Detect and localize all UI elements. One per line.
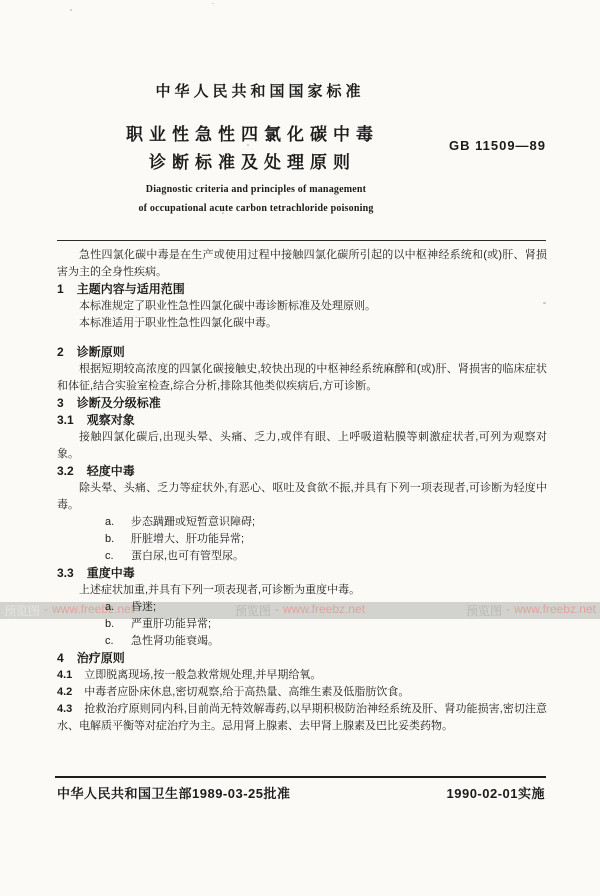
section-2-paragraph: 根据短期较高浓度的四氯化碳接触史,较快出现的中枢神经系统麻醉和(或)肝、肾损害的… (57, 361, 547, 395)
standard-code: GB 11509—89 (449, 138, 546, 153)
section-4-1-paragraph: 4.1立即脱离现场,按一般急救常规处理,并早期给氧。 (57, 667, 547, 684)
section-4-3-number: 4.3 (57, 703, 72, 715)
scan-speck (212, 3, 214, 4)
section-4-title: 治疗原则 (77, 651, 125, 665)
scan-speck (70, 9, 72, 11)
list-item: b. 严重肝功能异常; (57, 616, 547, 633)
section-4-2-number: 4.2 (57, 686, 72, 698)
approval-statement: 中华人民共和国卫生部1989-03-25批准 (57, 783, 291, 802)
watermark-site-name: 预览图 (4, 602, 40, 619)
section-3-heading: 3诊断及分级标准 (57, 395, 547, 412)
list-item-label: c. (105, 548, 131, 565)
section-3-3-number: 3.3 (57, 566, 74, 580)
scan-speck (247, 144, 249, 146)
section-3-1-heading: 3.1观察对象 (57, 412, 547, 429)
section-1-heading: 1主题内容与适用范围 (57, 281, 547, 298)
section-3-1-number: 3.1 (57, 413, 74, 427)
list-item-text: 肝脏增大、肝功能异常; (131, 531, 244, 548)
list-item-text: 蛋白尿,也可有管型尿。 (131, 548, 244, 565)
section-4-3-paragraph: 4.3抢救治疗原则同内科,目前尚无特效解毒药,以早期积极防治神经系统及肝、肾功能… (57, 701, 547, 735)
list-item-label: b. (105, 531, 131, 548)
list-item-label: a. (105, 514, 131, 531)
section-3-2-heading: 3.2轻度中毒 (57, 463, 547, 480)
section-4-2-text: 中毒者应卧床休息,密切观察,给于高热量、高维生素及低脂肪饮食。 (84, 686, 409, 698)
section-4-heading: 4治疗原则 (57, 650, 547, 667)
section-3-2-paragraph: 除头晕、头痛、乏力等症状外,有恶心、呕吐及食欲不振,并具有下列一项表现者,可诊断… (57, 480, 547, 514)
english-title-line-1: Diagnostic criteria and principles of ma… (0, 180, 512, 199)
list-item: c. 蛋白尿,也可有管型尿。 (57, 548, 547, 565)
section-3-2-list: a. 步态蹒跚或短暂意识障碍; b. 肝脏增大、肝功能异常; c. 蛋白尿,也可… (57, 514, 547, 565)
section-3-2-title: 轻度中毒 (87, 464, 135, 478)
list-item: a. 步态蹒跚或短暂意识障碍; (57, 514, 547, 531)
document-title: 职业性急性四氯化碳中毒 诊断标准及处理原则 (0, 121, 505, 177)
section-2-number: 2 (57, 345, 64, 359)
english-title-line-2: of occupational acute carbon tetrachlori… (0, 199, 512, 218)
header-divider (57, 240, 546, 241)
footer-divider (55, 776, 546, 778)
intro-paragraph: 急性四氯化碳中毒是在生产或使用过程中接触四氯化碳所引起的以中枢神经系统和(或)肝… (57, 247, 547, 281)
list-item: b. 肝脏增大、肝功能异常; (57, 531, 547, 548)
section-1-body: 本标准规定了职业性急性四氯化碳中毒诊断标准及处理原则。 本标准适用于职业性急性四… (57, 298, 547, 332)
section-3-3-list: a. 昏迷; b. 严重肝功能异常; c. 急性肾功能衰竭。 (57, 599, 547, 650)
section-3-3-heading: 3.3重度中毒 (57, 565, 547, 582)
implementation-date: 1990-02-01实施 (447, 783, 546, 802)
section-3-3-title: 重度中毒 (87, 566, 135, 580)
list-item-label: a. (105, 599, 131, 616)
list-item: a. 昏迷; (57, 599, 547, 616)
section-4-number: 4 (57, 651, 64, 665)
document-body: 急性四氯化碳中毒是在生产或使用过程中接触四氯化碳所引起的以中枢神经系统和(或)肝… (57, 247, 547, 735)
section-1-title: 主题内容与适用范围 (77, 282, 185, 296)
list-item-text: 昏迷; (131, 599, 156, 616)
scanned-standard-page: 中华人民共和国国家标准 职业性急性四氯化碳中毒 诊断标准及处理原则 GB 115… (0, 0, 600, 896)
section-1-number: 1 (57, 282, 64, 296)
english-title: Diagnostic criteria and principles of ma… (0, 180, 512, 218)
list-item-text: 步态蹒跚或短暂意识障碍; (131, 514, 255, 531)
watermark-dash: - (44, 602, 48, 619)
section-3-title: 诊断及分级标准 (77, 396, 161, 410)
section-3-1-paragraph: 接触四氯化碳后,出现头晕、头痛、乏力,或伴有眼、上呼吸道粘膜等刺激症状者,可列为… (57, 429, 547, 463)
document-title-line-1: 职业性急性四氯化碳中毒 (0, 121, 505, 149)
list-item-text: 严重肝功能异常; (131, 616, 211, 633)
scope-paragraph-2: 本标准适用于职业性急性四氯化碳中毒。 (57, 315, 547, 332)
section-3-2-number: 3.2 (57, 464, 74, 478)
national-standard-label: 中华人民共和国国家标准 (0, 80, 520, 101)
section-3-3-paragraph: 上述症状加重,并具有下列一项表现者,可诊断为重度中毒。 (57, 582, 547, 599)
document-title-line-2: 诊断标准及处理原则 (0, 149, 505, 177)
section-4-1-number: 4.1 (57, 669, 72, 681)
scope-paragraph-1: 本标准规定了职业性急性四氯化碳中毒诊断标准及处理原则。 (57, 298, 547, 315)
scan-speck (222, 212, 224, 214)
section-2-title: 诊断原则 (77, 345, 125, 359)
section-4-1-text: 立即脱离现场,按一般急救常规处理,并早期给氧。 (84, 669, 321, 681)
list-item-text: 急性肾功能衰竭。 (131, 633, 219, 650)
list-item-label: b. (105, 616, 131, 633)
section-3-1-title: 观察对象 (87, 413, 135, 427)
list-item-label: c. (105, 633, 131, 650)
section-4-2-paragraph: 4.2中毒者应卧床休息,密切观察,给于高热量、高维生素及低脂肪饮食。 (57, 684, 547, 701)
list-item: c. 急性肾功能衰竭。 (57, 633, 547, 650)
section-3-number: 3 (57, 396, 64, 410)
section-4-3-text: 抢救治疗原则同内科,目前尚无特效解毒药,以早期积极防治神经系统及肝、肾功能损害,… (57, 703, 547, 732)
section-2-heading: 2诊断原则 (57, 344, 547, 361)
